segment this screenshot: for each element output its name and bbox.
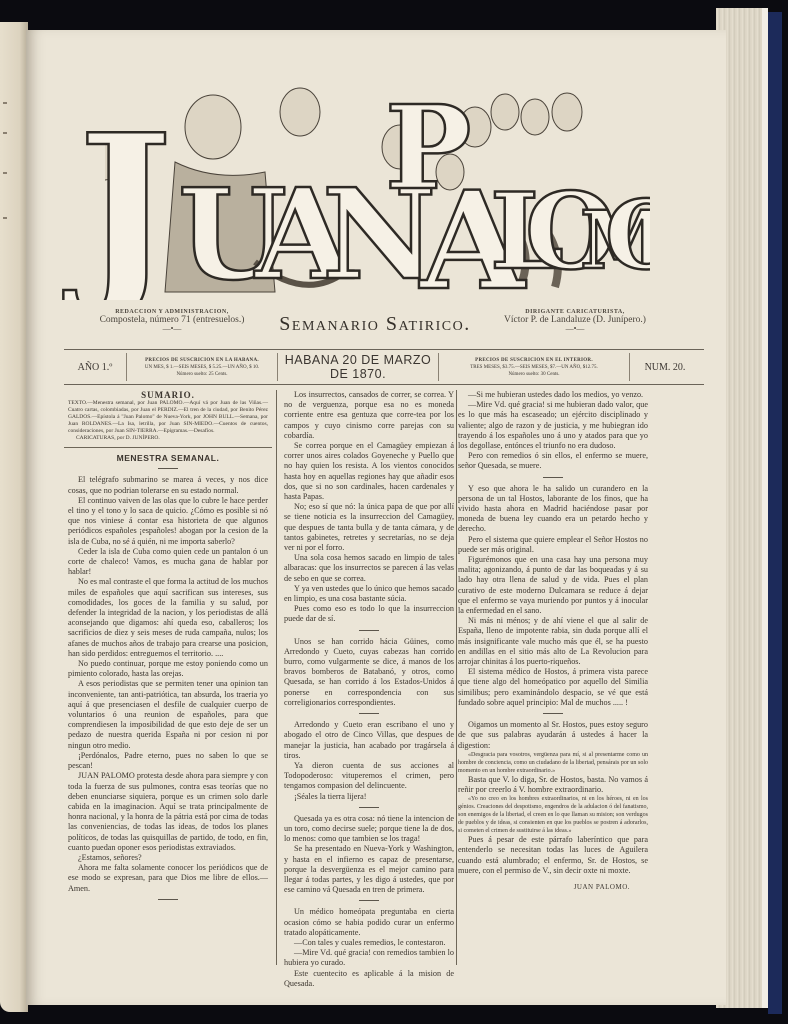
paragraph: —Si me hubieran ustedes dado los medios,… — [458, 390, 648, 400]
bleed-mark — [3, 132, 7, 134]
section-dash — [543, 477, 563, 478]
paragraph: JUAN PALOMO protesta desde ahora para si… — [68, 771, 268, 853]
paragraph: Figurémonos que en una casa hay una pers… — [458, 555, 648, 616]
author-signature: JUAN PALOMO. — [458, 882, 648, 892]
issue-year: AÑO 1.º — [64, 353, 127, 381]
interior-single-issue: Número suelto: 30 Cents. — [508, 371, 559, 378]
column-2: Los insurrectos, cansados de correr, se … — [284, 390, 454, 989]
havana-single-issue: Número suelto: 25 Cents. — [176, 371, 227, 378]
paragraph: Pero con remedios ó sin ellos, el enferm… — [458, 451, 648, 471]
interior-prices: PRECIOS DE SUSCRICION EN EL INTERIOR. TR… — [439, 353, 630, 381]
article-title: MENESTRA SEMANAL. — [68, 453, 268, 463]
paragraph: ¡Séales la tierra lijera! — [284, 792, 454, 802]
paragraph: Oigamos un momento al Sr. Hostos, pues e… — [458, 720, 648, 751]
caricaturist-block: DIRIGANTE CARICATURISTA, Víctor P. de La… — [470, 309, 680, 333]
column-divider — [276, 390, 277, 965]
section-dash — [359, 807, 379, 808]
paragraph: —Con tales y cuales remedios, le contest… — [284, 938, 454, 948]
column-3: —Si me hubieran ustedes dado los medios,… — [458, 390, 648, 892]
sumario-body: TEXTO.—Menestra semanal, por Juan PALOMO… — [68, 400, 268, 442]
ornament: —•— — [470, 325, 680, 333]
paragraph: ¿Estamos, señores? — [68, 853, 268, 863]
paragraph: Ni más ni ménos; y de ahí viene el que a… — [458, 616, 648, 667]
masthead-subtitle: Semanario Satirico. — [255, 313, 495, 336]
hostos-quote-1: «Desgracia para vosotros, vergüenza para… — [458, 751, 648, 775]
paragraph: Ceder la isla de Cuba como quien cede un… — [68, 547, 268, 578]
paragraph: Y eso que ahora le ha salido un curander… — [458, 484, 648, 535]
masthead-title-letters: J U A N P A L O M O — [60, 78, 650, 300]
paragraph: Basta que V. lo diga, Sr. de Hostos, bas… — [458, 775, 648, 795]
paragraph: No es mal contraste el que forma la acti… — [68, 577, 268, 659]
paragraph: Quesada ya es otra cosa: nó tiene la int… — [284, 814, 454, 845]
paragraph: El continuo vaiven de las olas que lo cu… — [68, 496, 268, 547]
book-binding — [768, 12, 782, 1014]
paragraph: Se correa porque en el Camagüey empiezan… — [284, 441, 454, 502]
ornament: —•— — [72, 325, 272, 333]
interior-prices-title: PRECIOS DE SUSCRICION EN EL INTERIOR. — [475, 357, 593, 364]
paragraph: Pues á pesar de este párrafo laberíntico… — [458, 835, 648, 876]
havana-prices-line: UN MES, $ 1.—SEIS MESES, $ 5.25.—UN AÑO,… — [145, 364, 259, 371]
adjacent-left-page — [0, 22, 28, 1012]
paragraph: El sistema médico de Hostos, á primera v… — [458, 667, 648, 708]
paragraph: Arredondo y Cueto eran escribano el uno … — [284, 720, 454, 761]
column-1: SUMARIO. TEXTO.—Menestra semanal, por Ju… — [68, 390, 268, 906]
issue-info-bar: AÑO 1.º PRECIOS DE SUSCRICION EN LA HABA… — [64, 349, 704, 385]
end-dash — [158, 899, 178, 900]
svg-text:J: J — [63, 91, 173, 300]
title-dash — [158, 468, 178, 469]
issue-number: NUM. 20. — [630, 353, 700, 381]
interior-prices-line: TRES MESES, $3.75.—SEIS MESES, $7.—UN AÑ… — [470, 364, 598, 371]
paragraph: Este cuentecito es aplicable á la mision… — [284, 969, 454, 989]
bleed-mark — [3, 217, 7, 219]
paragraph: Unos se han corrido hácia Güines, como A… — [284, 637, 454, 708]
svg-text:O: O — [605, 180, 650, 291]
havana-prices: PRECIOS DE SUSCRICION EN LA HABANA. UN M… — [127, 353, 278, 381]
paragraph: ¡Perdónalos, Padre eterno, pues no saben… — [68, 751, 268, 771]
paragraph: Los insurrectos, cansados de correr, se … — [284, 390, 454, 441]
section-rule — [64, 447, 272, 448]
paragraph: El telégrafo submarino se marea á veces,… — [68, 475, 268, 495]
section-dash — [543, 713, 563, 714]
paragraph: Se ha presentado en Nueva-York y Washing… — [284, 844, 454, 895]
paragraph: A esos periodistas que se permiten tener… — [68, 679, 268, 750]
paragraph: Un médico homeópata preguntaba en cierta… — [284, 907, 454, 938]
bleed-mark — [3, 172, 7, 174]
paragraph: Pues como eso es todo lo que la insurrec… — [284, 604, 454, 624]
sumario-title: SUMARIO. — [68, 390, 268, 400]
havana-prices-title: PRECIOS DE SUSCRICION EN LA HABANA. — [145, 357, 259, 364]
section-dash — [359, 630, 379, 631]
issue-date: HABANA 20 DE MARZO DE 1870. — [278, 353, 439, 381]
paragraph: Una sola cosa hemos sacado en limpio de … — [284, 553, 454, 584]
section-dash — [359, 900, 379, 901]
editorial-office-block: REDACCION Y ADMINISTRACION, Compostela, … — [72, 309, 272, 333]
sumario-caricatures: CARICATURAS, por D. JUNÍPERO. — [68, 435, 268, 442]
bleed-mark — [3, 102, 7, 104]
paragraph: —Mire Vd. qué gracia! con remedios tambi… — [284, 948, 454, 968]
column-divider — [456, 390, 457, 965]
paragraph: —Mire Vd. qué gracia! si me hubieran dad… — [458, 400, 648, 451]
paragraph: Y ya ven ustedes que lo único que hemos … — [284, 584, 454, 604]
paragraph: Ahora me falta solamente conocer los per… — [68, 863, 268, 894]
paragraph: No; eso sí que nó: la única papa de que … — [284, 502, 454, 553]
section-dash — [359, 713, 379, 714]
paragraph: Ya dieron cuenta de sus acciones al Todo… — [284, 761, 454, 792]
hostos-quote-2: «Yo no creo en los hombres extraordinari… — [458, 795, 648, 835]
sumario-text: TEXTO.—Menestra semanal, por Juan PALOMO… — [68, 400, 268, 435]
paragraph: Pero el sistema que quiere emplear el Se… — [458, 535, 648, 555]
paragraph: No puedo continuar, porque me estoy poni… — [68, 659, 268, 679]
